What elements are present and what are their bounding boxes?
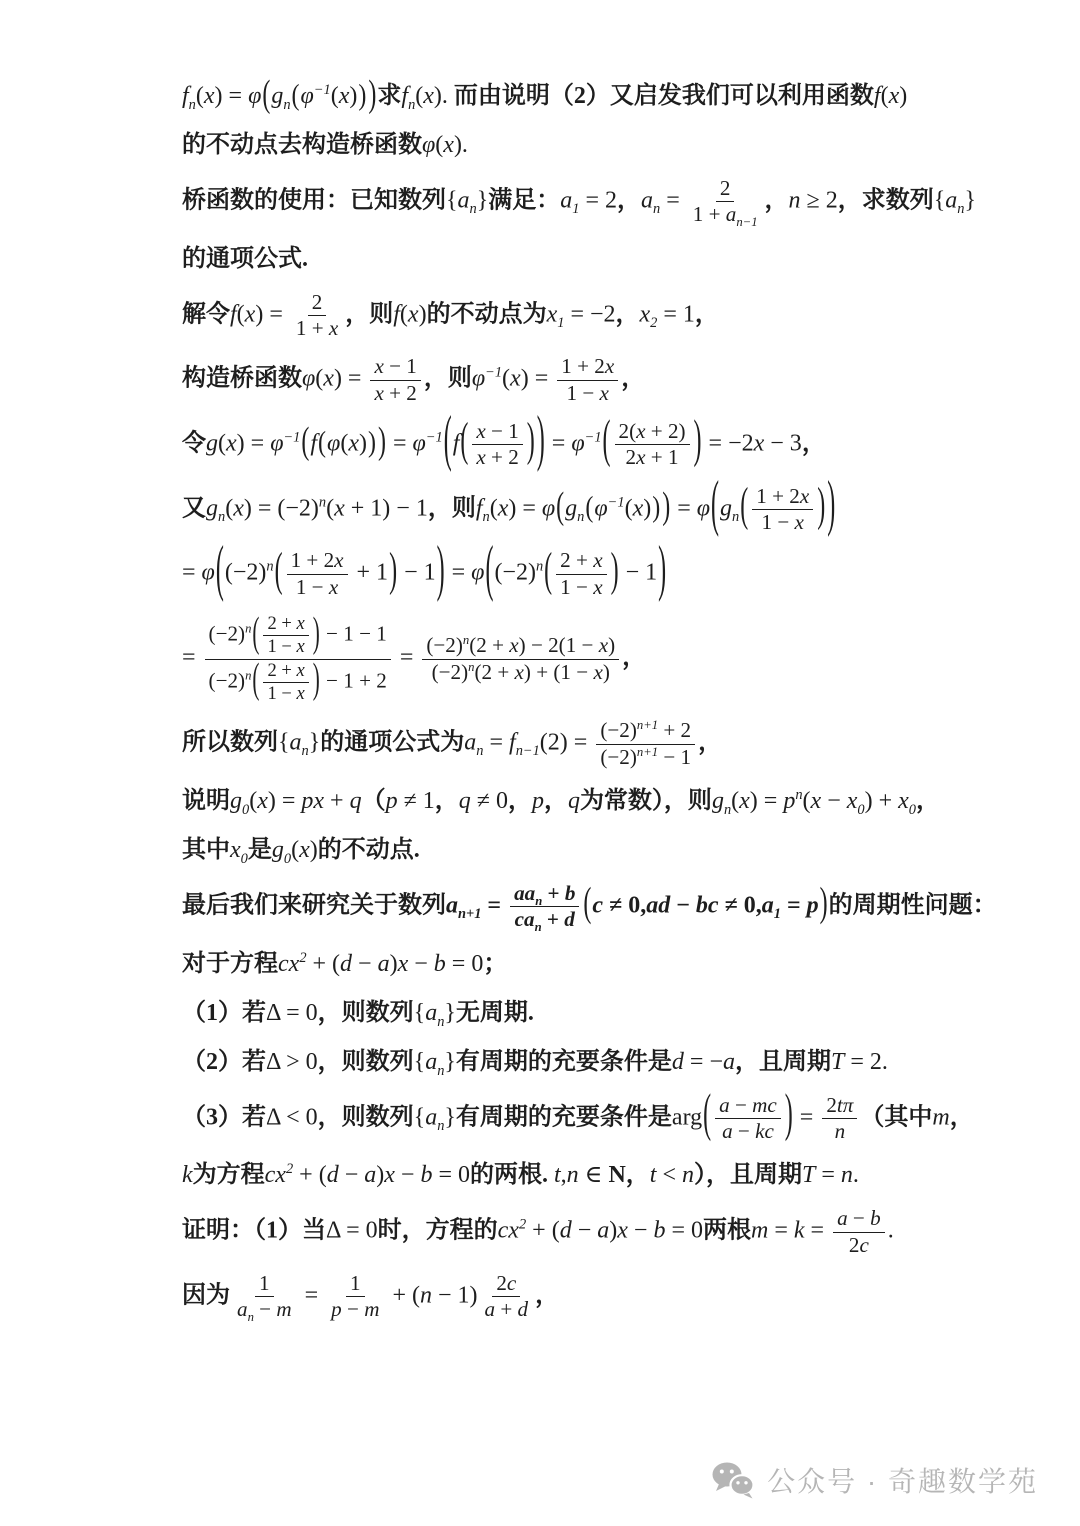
math-text: =: [781, 892, 807, 918]
math-text: a: [723, 1049, 735, 1075]
math-text: n: [789, 187, 801, 213]
script-text: n: [535, 921, 542, 935]
script-text: 1: [774, 906, 781, 922]
cjk-text: ，则数列: [318, 1049, 414, 1075]
right-paren: ): [611, 535, 619, 607]
math-text: + 1: [351, 560, 389, 586]
left-paren: (: [262, 66, 270, 124]
math-text: φ: [202, 560, 215, 586]
math-text: + 1) − 1: [345, 495, 428, 521]
math-text: Δ < 0: [266, 1104, 318, 1130]
math-text: a: [597, 1218, 609, 1244]
cjk-text: ，则: [428, 495, 476, 521]
cjk-text: 无周期.: [456, 1000, 534, 1026]
math-text: x: [593, 575, 602, 599]
math-text: x: [297, 613, 305, 634]
right-paren: ): [527, 406, 535, 478]
math-text: px: [301, 788, 324, 814]
cjk-text: 满足：: [488, 187, 560, 213]
math-text: x: [515, 660, 524, 684]
left-paren: (: [252, 608, 259, 659]
math-text: }: [444, 1000, 456, 1026]
math-text: + 2: [384, 381, 417, 405]
math-text: φ: [571, 430, 584, 456]
math-text: ): [603, 660, 610, 684]
math-text: ) − 2(1 −: [519, 633, 599, 657]
math-text: ): [390, 951, 398, 977]
fraction: (−2)n(2 + x) − 2(1 − x)(−2)n(2 + x) + (1…: [422, 633, 619, 685]
cjk-text: ，则数列: [318, 1104, 414, 1130]
math-text: Δ = 0: [326, 1218, 378, 1244]
cjk-text: ，则数列: [318, 1000, 414, 1026]
cjk-text: （1）若: [182, 1000, 266, 1026]
math-text: −: [254, 1297, 276, 1321]
math-text: x: [348, 430, 359, 456]
math-text: φ: [301, 83, 314, 109]
fraction: 1p − m: [327, 1271, 383, 1323]
math-text: =: [387, 430, 413, 456]
script-text: 0: [857, 802, 864, 818]
math-text: x: [299, 837, 310, 863]
math-text: {: [934, 187, 946, 213]
cjk-text: ，求数列: [838, 187, 934, 213]
cjk-text: 为常数），则: [580, 788, 712, 814]
math-text: 1 + 2: [561, 354, 605, 378]
math-text: <: [656, 1162, 682, 1188]
document-line: 的不动点去构造桥函数φ(x).: [182, 127, 962, 163]
math-text: x: [605, 354, 614, 378]
script-text: −1: [426, 429, 443, 445]
math-text: x: [795, 510, 804, 534]
left-paren: (: [444, 394, 452, 488]
math-text: ).: [454, 132, 468, 158]
fraction: 2 + x1 − x: [556, 548, 606, 600]
math-text: f: [476, 495, 483, 521]
math-text: cx: [498, 1218, 519, 1244]
cjk-text: （2）若: [182, 1049, 266, 1075]
math-text: mc: [752, 1093, 777, 1117]
document-line: 对于方程cx2 + (d − a)x − b = 0；: [182, 946, 962, 982]
math-text: − 1 + 2: [321, 668, 387, 692]
math-text: ) + (1 −: [524, 660, 594, 684]
math-text: −: [395, 1162, 421, 1188]
left-paren: (: [740, 470, 748, 542]
math-text: p: [386, 788, 398, 814]
math-text: φ: [422, 132, 435, 158]
cjk-text: 的不动点去构造桥函数: [182, 132, 422, 158]
math-text: x: [476, 419, 485, 443]
math-text: 1 −: [762, 510, 795, 534]
math-text: − 1: [398, 560, 436, 586]
math-text: a: [560, 187, 572, 213]
script-text: n: [577, 509, 584, 525]
document-line: 所以数列{an}的通项公式为an = fn−1(2) = (−2)n+1 + 2…: [182, 718, 962, 770]
math-text: f: [310, 430, 317, 456]
math-text: −: [352, 951, 378, 977]
math-text: ): [310, 837, 318, 863]
math-text: 2: [720, 176, 731, 200]
math-text: x: [739, 788, 750, 814]
cjk-text: 有周期的充要条件是: [456, 1049, 672, 1075]
cjk-text: ，: [950, 1104, 974, 1130]
math-text: n: [682, 1162, 694, 1188]
math-text: g: [230, 788, 242, 814]
document-line: （1）若Δ = 0，则数列{an}无周期.: [182, 995, 962, 1031]
cjk-text: ，: [802, 430, 826, 456]
math-text: = 0: [665, 1218, 703, 1244]
cjk-text: （其中: [860, 1104, 932, 1130]
math-text: k: [794, 1218, 805, 1244]
math-text: =: [805, 1218, 831, 1244]
math-text: (: [225, 495, 233, 521]
math-text: a: [485, 1297, 496, 1321]
math-text: =: [182, 560, 202, 586]
math-text: x: [599, 633, 608, 657]
math-text: − 1: [620, 560, 658, 586]
math-text: p: [331, 1297, 342, 1321]
math-text: x: [593, 548, 602, 572]
cjk-text: 的两根.: [470, 1162, 554, 1188]
script-text: n: [795, 787, 802, 803]
math-text: f: [509, 730, 516, 756]
math-text: =: [660, 187, 686, 213]
math-text: ): [643, 495, 651, 521]
math-text: q: [568, 788, 580, 814]
fraction: 1an − m: [233, 1271, 296, 1323]
math-text: }: [444, 1104, 456, 1130]
math-text: (−2): [209, 668, 246, 692]
left-paren: (: [583, 873, 591, 934]
math-text: = −2: [703, 430, 754, 456]
math-text: a: [726, 202, 737, 226]
math-text: 2: [826, 1093, 837, 1117]
math-text: x: [617, 1218, 628, 1244]
math-text: ∈: [579, 1162, 609, 1188]
script-text: −1: [608, 494, 625, 510]
math-text: 2: [312, 290, 323, 314]
cjk-text: 所以数列: [182, 730, 278, 756]
math-text: n: [835, 1119, 846, 1143]
math-text: Δ = 0: [266, 1000, 318, 1026]
fraction: 21 + x: [292, 290, 342, 342]
math-text: (: [331, 83, 339, 109]
script-text: −1: [314, 82, 331, 98]
math-text: φ: [302, 366, 315, 392]
math-text: φ: [471, 560, 484, 586]
math-text: ≠ 0: [471, 788, 508, 814]
script-text: n: [283, 97, 290, 113]
math-text: ): [608, 633, 615, 657]
math-text: T: [802, 1162, 815, 1188]
math-text: x: [334, 495, 345, 521]
math-text: }: [309, 730, 321, 756]
math-text: =: [446, 560, 472, 586]
math-text: φ: [697, 495, 710, 521]
cjk-text: 求: [377, 83, 401, 109]
script-text: n: [189, 97, 196, 113]
left-paren: (: [711, 458, 719, 552]
math-text: T: [831, 1049, 844, 1075]
left-paren: (: [544, 535, 552, 607]
math-text: {: [446, 187, 458, 213]
right-paren: ): [368, 66, 376, 124]
right-paren: ): [313, 608, 320, 659]
math-text: +: [324, 788, 350, 814]
math-text: (: [326, 495, 334, 521]
math-text: x: [800, 484, 809, 508]
math-text: ≠ 1: [398, 788, 435, 814]
math-text: − 1: [658, 745, 691, 769]
math-text: (: [291, 837, 299, 863]
cjk-text: 为方程: [193, 1162, 265, 1188]
math-text: x: [226, 430, 237, 456]
math-text: f: [182, 83, 189, 109]
math-text: 1 + 2: [291, 548, 335, 572]
math-text: {: [414, 1049, 426, 1075]
cjk-text: ，则: [424, 366, 472, 392]
math-text: a: [425, 1000, 437, 1026]
document-line: 的通项公式.: [182, 241, 962, 277]
math-text: ≠ 0,: [603, 892, 646, 918]
document-line: fn(x) = φ(gn(φ−1(x)))求fn(x). 而由说明（2）又启发我…: [182, 78, 962, 114]
math-document: fn(x) = φ(gn(φ−1(x)))求fn(x). 而由说明（2）又启发我…: [182, 78, 962, 1336]
math-text: x: [547, 301, 558, 327]
right-paren: ): [378, 414, 386, 472]
cjk-text: ，: [626, 1162, 650, 1188]
fraction: 1 + 2x1 − x: [557, 354, 618, 406]
math-text: 1 +: [296, 316, 329, 340]
fraction: a − mca − kc: [715, 1093, 781, 1145]
math-text: c: [859, 1233, 868, 1257]
math-text: 1 −: [567, 381, 600, 405]
math-text: x: [323, 366, 334, 392]
right-paren: ): [658, 523, 666, 617]
math-text: ) =: [334, 366, 368, 392]
left-paren: (: [318, 420, 326, 465]
cjk-text: ），且周期: [694, 1162, 802, 1188]
math-text: −: [572, 1218, 598, 1244]
math-text: f: [453, 430, 460, 456]
math-text: + (: [293, 1162, 327, 1188]
math-text: x: [374, 381, 383, 405]
math-text: ) = (−2): [244, 495, 319, 521]
document-line: 最后我们来研究关于数列an+1 = aan + bcan + d(c ≠ 0,a…: [182, 881, 962, 933]
document-line: = φ((−2)n(1 + 2x1 − x + 1) − 1) = φ((−2)…: [182, 548, 962, 600]
math-text: (: [196, 83, 204, 109]
math-text: a: [237, 1297, 248, 1321]
fraction: 2(x + 2)2x + 1: [615, 419, 690, 471]
math-text: 2: [496, 1271, 507, 1295]
math-text: − 1): [432, 1282, 478, 1308]
math-text: (−2): [494, 560, 536, 586]
math-text: d: [672, 1049, 684, 1075]
math-text: cx: [265, 1162, 286, 1188]
math-text: ) =: [508, 495, 542, 521]
left-paren: (: [275, 535, 283, 607]
document-line: k为方程cx2 + (d − a)x − b = 0的两根. t,n ∈ N，t…: [182, 1157, 962, 1193]
math-text: x: [297, 636, 305, 657]
cjk-text: 的不动点.: [318, 837, 420, 863]
document-line: = (−2)n(2 + x1 − x) − 1 − 1(−2)n(2 + x1 …: [182, 613, 962, 705]
cjk-text: ，: [916, 788, 940, 814]
math-text: bc: [696, 892, 719, 918]
math-text: −: [848, 1206, 870, 1230]
cjk-text: 而由说明（2）又启发我们可以利用函数: [454, 83, 874, 109]
math-text: x: [633, 495, 644, 521]
math-text: = 0: [432, 1162, 470, 1188]
cjk-text: 是: [248, 837, 272, 863]
math-text: (−2): [600, 745, 637, 769]
left-paren: (: [292, 73, 300, 118]
math-text: x: [329, 575, 338, 599]
cjk-text: 最后我们来研究关于数列: [182, 892, 446, 918]
math-text: g: [271, 83, 283, 109]
watermark-label: 公众号 · 奇趣数学苑: [767, 1460, 1038, 1500]
math-text: =: [815, 1162, 841, 1188]
cjk-text: ，: [695, 301, 719, 327]
math-text: q: [350, 788, 362, 814]
math-text: 2 +: [267, 660, 296, 681]
math-text: Δ > 0: [266, 1049, 318, 1075]
document-line: 解令f(x) = 21 + x，则f(x)的不动点为x1 = −2，x2 = 1…: [182, 290, 962, 342]
math-text: −: [670, 892, 696, 918]
math-text: {: [414, 1000, 426, 1026]
math-text: ) =: [521, 366, 555, 392]
math-text: x: [334, 548, 343, 572]
math-text: x: [898, 788, 909, 814]
script-text: n−1: [736, 216, 757, 230]
fraction: x − 1x + 2: [472, 419, 522, 471]
math-text: = −: [684, 1049, 723, 1075]
math-text: ≥ 2: [801, 187, 838, 213]
math-text: f: [393, 301, 400, 327]
math-text: cx: [278, 951, 299, 977]
cjk-text: ，: [508, 788, 532, 814]
math-text: (−2): [225, 560, 267, 586]
right-paren: ): [437, 523, 445, 617]
right-paren: ): [389, 535, 397, 607]
cjk-text: 说明: [182, 788, 230, 814]
cjk-text: 又: [182, 495, 206, 521]
script-text: 0: [909, 802, 916, 818]
math-text: (: [237, 301, 245, 327]
math-text: 1 −: [267, 636, 296, 657]
math-text: d: [327, 1162, 339, 1188]
math-text: (: [881, 83, 889, 109]
math-text: + (: [386, 1282, 420, 1308]
math-text: (: [625, 495, 633, 521]
math-text: arg: [672, 1104, 702, 1130]
math-text: ) =: [215, 83, 249, 109]
math-text: g: [206, 495, 218, 521]
math-text: x: [329, 316, 338, 340]
cjk-text: 的不动点为: [427, 301, 547, 327]
math-text: p: [783, 788, 795, 814]
math-text: N: [608, 1162, 625, 1188]
right-paren: ): [537, 394, 545, 488]
cjk-text: 的周期性问题：: [829, 892, 997, 918]
cjk-text: 两根: [703, 1218, 751, 1244]
left-paren: (: [556, 478, 564, 536]
math-text: f: [874, 83, 881, 109]
math-text: −: [628, 1218, 654, 1244]
cjk-text: ，: [435, 788, 459, 814]
math-text: m: [751, 1218, 768, 1244]
math-text: p: [532, 788, 544, 814]
math-text: x: [384, 1162, 395, 1188]
math-text: (: [803, 788, 811, 814]
cjk-text: 桥函数的使用：已知数列: [182, 187, 446, 213]
math-text: d: [518, 1297, 529, 1321]
math-text: m: [364, 1297, 379, 1321]
cjk-text: ，: [617, 187, 641, 213]
math-text: c: [507, 1271, 516, 1295]
math-text: ) =: [268, 788, 302, 814]
math-text: x: [257, 788, 268, 814]
math-text: g: [565, 495, 577, 521]
math-text: 2: [626, 445, 637, 469]
cjk-text: 其中: [182, 837, 230, 863]
math-text: x: [754, 430, 765, 456]
math-text: =: [481, 892, 507, 918]
left-paren: (: [301, 414, 309, 472]
math-text: a: [945, 187, 957, 213]
cjk-text: 的通项公式.: [182, 246, 308, 272]
math-text: c: [592, 892, 603, 918]
math-text: = 2.: [844, 1049, 888, 1075]
script-text: −1: [283, 429, 300, 445]
math-text: + 2): [645, 419, 685, 443]
math-text: g: [206, 430, 218, 456]
math-text: −: [733, 1119, 755, 1143]
math-text: {: [278, 730, 290, 756]
script-text: 2: [299, 950, 306, 966]
cjk-text: ；: [483, 951, 507, 977]
document-line: 因为1an − m = 1p − m + (n − 1)2ca + d，: [182, 1271, 962, 1323]
script-text: −1: [485, 365, 502, 381]
math-text: 1: [259, 1271, 270, 1295]
math-text: −: [821, 788, 847, 814]
math-text: ≠ 0,: [719, 892, 762, 918]
math-text: x: [408, 301, 419, 327]
left-paren: (: [252, 654, 259, 705]
math-text: 2(: [619, 419, 637, 443]
math-text: (: [731, 788, 739, 814]
math-text: 2 +: [560, 548, 593, 572]
fraction: (−2)n+1 + 2(−2)n+1 − 1: [596, 718, 695, 770]
document-line: 证明：（1）当Δ = 0时，方程的cx2 + (d − a)x − b = 0两…: [182, 1206, 962, 1258]
left-paren: (: [460, 406, 468, 478]
document-line: 说明g0(x) = px + q（p ≠ 1，q ≠ 0，p，q为常数），则gn…: [182, 783, 962, 819]
right-paren: ): [694, 402, 702, 481]
right-paren: ): [368, 420, 376, 465]
math-text: x: [233, 495, 244, 521]
math-text: d: [340, 951, 352, 977]
math-text: x: [509, 633, 518, 657]
math-text: = 0: [446, 951, 484, 977]
script-text: n: [732, 509, 739, 525]
math-text: aa: [514, 881, 535, 905]
math-text: +: [542, 881, 565, 905]
math-text: x: [811, 788, 822, 814]
script-text: n: [536, 559, 543, 575]
math-text: a: [364, 1162, 376, 1188]
document-line: 令g(x) = φ−1(f(φ(x))) = φ−1(f(x − 1x + 2)…: [182, 419, 962, 471]
math-text: =: [394, 645, 420, 671]
math-text: 1 −: [267, 683, 296, 704]
math-text: φ: [472, 366, 485, 392]
math-text: =: [483, 730, 509, 756]
